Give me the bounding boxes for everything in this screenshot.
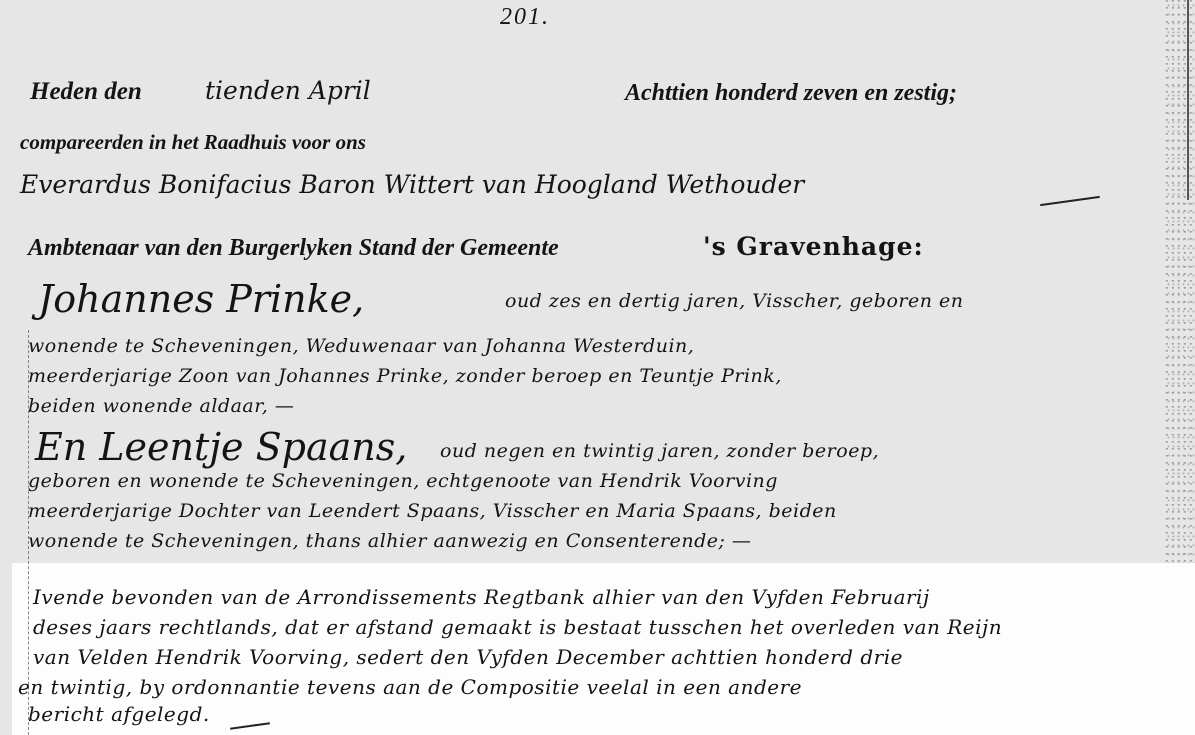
flourish-stroke	[1040, 196, 1100, 206]
gemeente-name: 's Gravenhage:	[703, 232, 924, 261]
bride-name: En Leentje Spaans,	[35, 425, 407, 469]
bride-line-2: geboren en wonende te Scheveningen, echt…	[28, 470, 778, 492]
groom-line-2: wonende te Scheveningen, Weduwenaar van …	[28, 335, 694, 357]
ambtenaar-line: Ambtenaar van den Burgerlyken Stand der …	[28, 235, 559, 262]
annotation-line-4: en twintig, by ordonnantie tevens aan de…	[18, 675, 802, 699]
scan-edge-line	[1187, 0, 1189, 200]
year-text: Achttien honderd zeven en zestig;	[625, 80, 957, 107]
annotation-line-1: Ivende bevonden van de Arrondissements R…	[33, 585, 930, 609]
annotation-line-3: van Velden Hendrik Voorving, sedert den …	[33, 645, 903, 669]
date-handwritten: tienden April	[205, 76, 371, 105]
heading-heden: Heden den	[30, 78, 142, 106]
bride-line-4: wonende te Scheveningen, thans alhier aa…	[28, 530, 751, 552]
groom-line-3: meerderjarige Zoon van Johannes Prinke, …	[28, 365, 782, 387]
bride-line-1: oud negen en twintig jaren, zonder beroe…	[440, 440, 879, 462]
groom-name: Johannes Prinke,	[38, 277, 364, 321]
groom-line-1: oud zes en dertig jaren, Visscher, gebor…	[505, 290, 963, 312]
bride-line-3: meerderjarige Dochter van Leendert Spaan…	[28, 500, 837, 522]
annotation-line-2: deses jaars rechtlands, dat er afstand g…	[33, 615, 1002, 639]
compareerden-line: compareerden in het Raadhuis voor ons	[20, 130, 366, 155]
groom-line-4: beiden wonende aldaar, —	[28, 395, 294, 417]
document-page: 201. Heden den tienden April Achttien ho…	[0, 0, 1195, 735]
official-name: Everardus Bonifacius Baron Wittert van H…	[20, 170, 804, 199]
page-number: 201.	[500, 4, 550, 31]
annotation-line-5: bericht afgelegd.	[28, 702, 210, 726]
